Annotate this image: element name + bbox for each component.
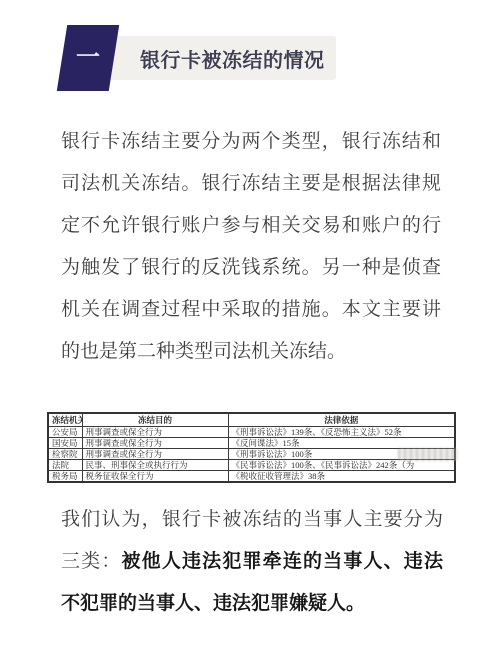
table-row: 法院 民事、刑事保全或执行行为 《民事诉讼法》100条、《民事诉讼法》242条（… bbox=[48, 460, 455, 471]
cell-basis: 《反间谍法》15条 bbox=[228, 438, 455, 449]
cell-basis: 《刑事诉讼法》100条 bbox=[228, 449, 455, 460]
cell-organ: 检察院 bbox=[48, 449, 82, 460]
article-page: 银行卡被冻结的情况 一 银行卡冻结主要分为两个类型，银行冻结和 司法机关冻结。银… bbox=[0, 0, 500, 667]
column-header-basis: 法律依据 bbox=[228, 413, 455, 427]
cell-organ: 国安局 bbox=[48, 438, 82, 449]
cell-basis: 《民事诉讼法》100条、《民事诉讼法》242条（为 bbox=[228, 460, 455, 471]
table-row: 检察院 刑事调查或保全行为 《刑事诉讼法》100条 bbox=[48, 449, 455, 460]
conclusion-paragraph: 我们认为，银行卡被冻结的当事人主要分为 三类：被他人违法犯罪牵连的当事人、违法 … bbox=[61, 499, 443, 625]
cell-organ: 公安局 bbox=[48, 427, 82, 438]
conclusion-line: 不犯罪的当事人、违法犯罪嫌疑人。 bbox=[61, 583, 443, 625]
cell-organ: 法院 bbox=[48, 460, 82, 471]
table-row: 税务局 税务征收保全行为 《税收征收管理法》38条 bbox=[48, 471, 455, 483]
cell-purpose: 刑事调查或保全行为 bbox=[82, 427, 228, 438]
column-header-purpose: 冻结目的 bbox=[82, 413, 228, 427]
table-row: 国安局 刑事调查或保全行为 《反间谍法》15条 bbox=[48, 438, 455, 449]
section-index-number: 一 bbox=[76, 46, 100, 70]
cell-purpose: 税务征收保全行为 bbox=[82, 471, 228, 483]
cell-purpose: 民事、刑事保全或执行行为 bbox=[82, 460, 228, 471]
conclusion-line: 我们认为，银行卡被冻结的当事人主要分为 bbox=[61, 499, 443, 541]
section-index-badge: 一 bbox=[57, 25, 119, 91]
intro-line: 定不允许银行账户参与相关交易和账户的行 bbox=[61, 205, 441, 247]
table-header-row: 冻结机关 冻结目的 法律依据 bbox=[48, 413, 455, 427]
section-title: 银行卡被冻结的情况 bbox=[140, 44, 325, 73]
column-header-organ: 冻结机关 bbox=[48, 413, 82, 427]
intro-paragraph: 银行卡冻结主要分为两个类型，银行冻结和 司法机关冻结。银行冻结主要是根据法律规 … bbox=[61, 121, 441, 373]
intro-line: 的也是第二种类型司法机关冻结。 bbox=[61, 331, 441, 373]
conclusion-line2-prefix: 三类： bbox=[61, 551, 122, 572]
cell-basis: 《刑事诉讼法》139条、《反恐怖主义法》52条 bbox=[228, 427, 455, 438]
freeze-legal-basis-table: 冻结机关 冻结目的 法律依据 公安局 刑事调查或保全行为 《刑事诉讼法》139条… bbox=[47, 412, 456, 483]
cell-purpose: 刑事调查或保全行为 bbox=[82, 438, 228, 449]
cell-basis: 《税收征收管理法》38条 bbox=[228, 471, 455, 483]
intro-line: 为触发了银行的反洗钱系统。另一种是侦查 bbox=[61, 247, 441, 289]
cell-purpose: 刑事调查或保全行为 bbox=[82, 449, 228, 460]
conclusion-line: 三类：被他人违法犯罪牵连的当事人、违法 bbox=[61, 541, 443, 583]
cell-organ: 税务局 bbox=[48, 471, 82, 483]
intro-line: 银行卡冻结主要分为两个类型，银行冻结和 bbox=[61, 121, 441, 163]
intro-line: 司法机关冻结。银行冻结主要是根据法律规 bbox=[61, 163, 441, 205]
table-row: 公安局 刑事调查或保全行为 《刑事诉讼法》139条、《反恐怖主义法》52条 bbox=[48, 427, 455, 438]
intro-line: 机关在调查过程中采取的措施。本文主要讲 bbox=[61, 289, 441, 331]
conclusion-line2-bold: 被他人违法犯罪牵连的当事人、违法 bbox=[122, 551, 443, 572]
